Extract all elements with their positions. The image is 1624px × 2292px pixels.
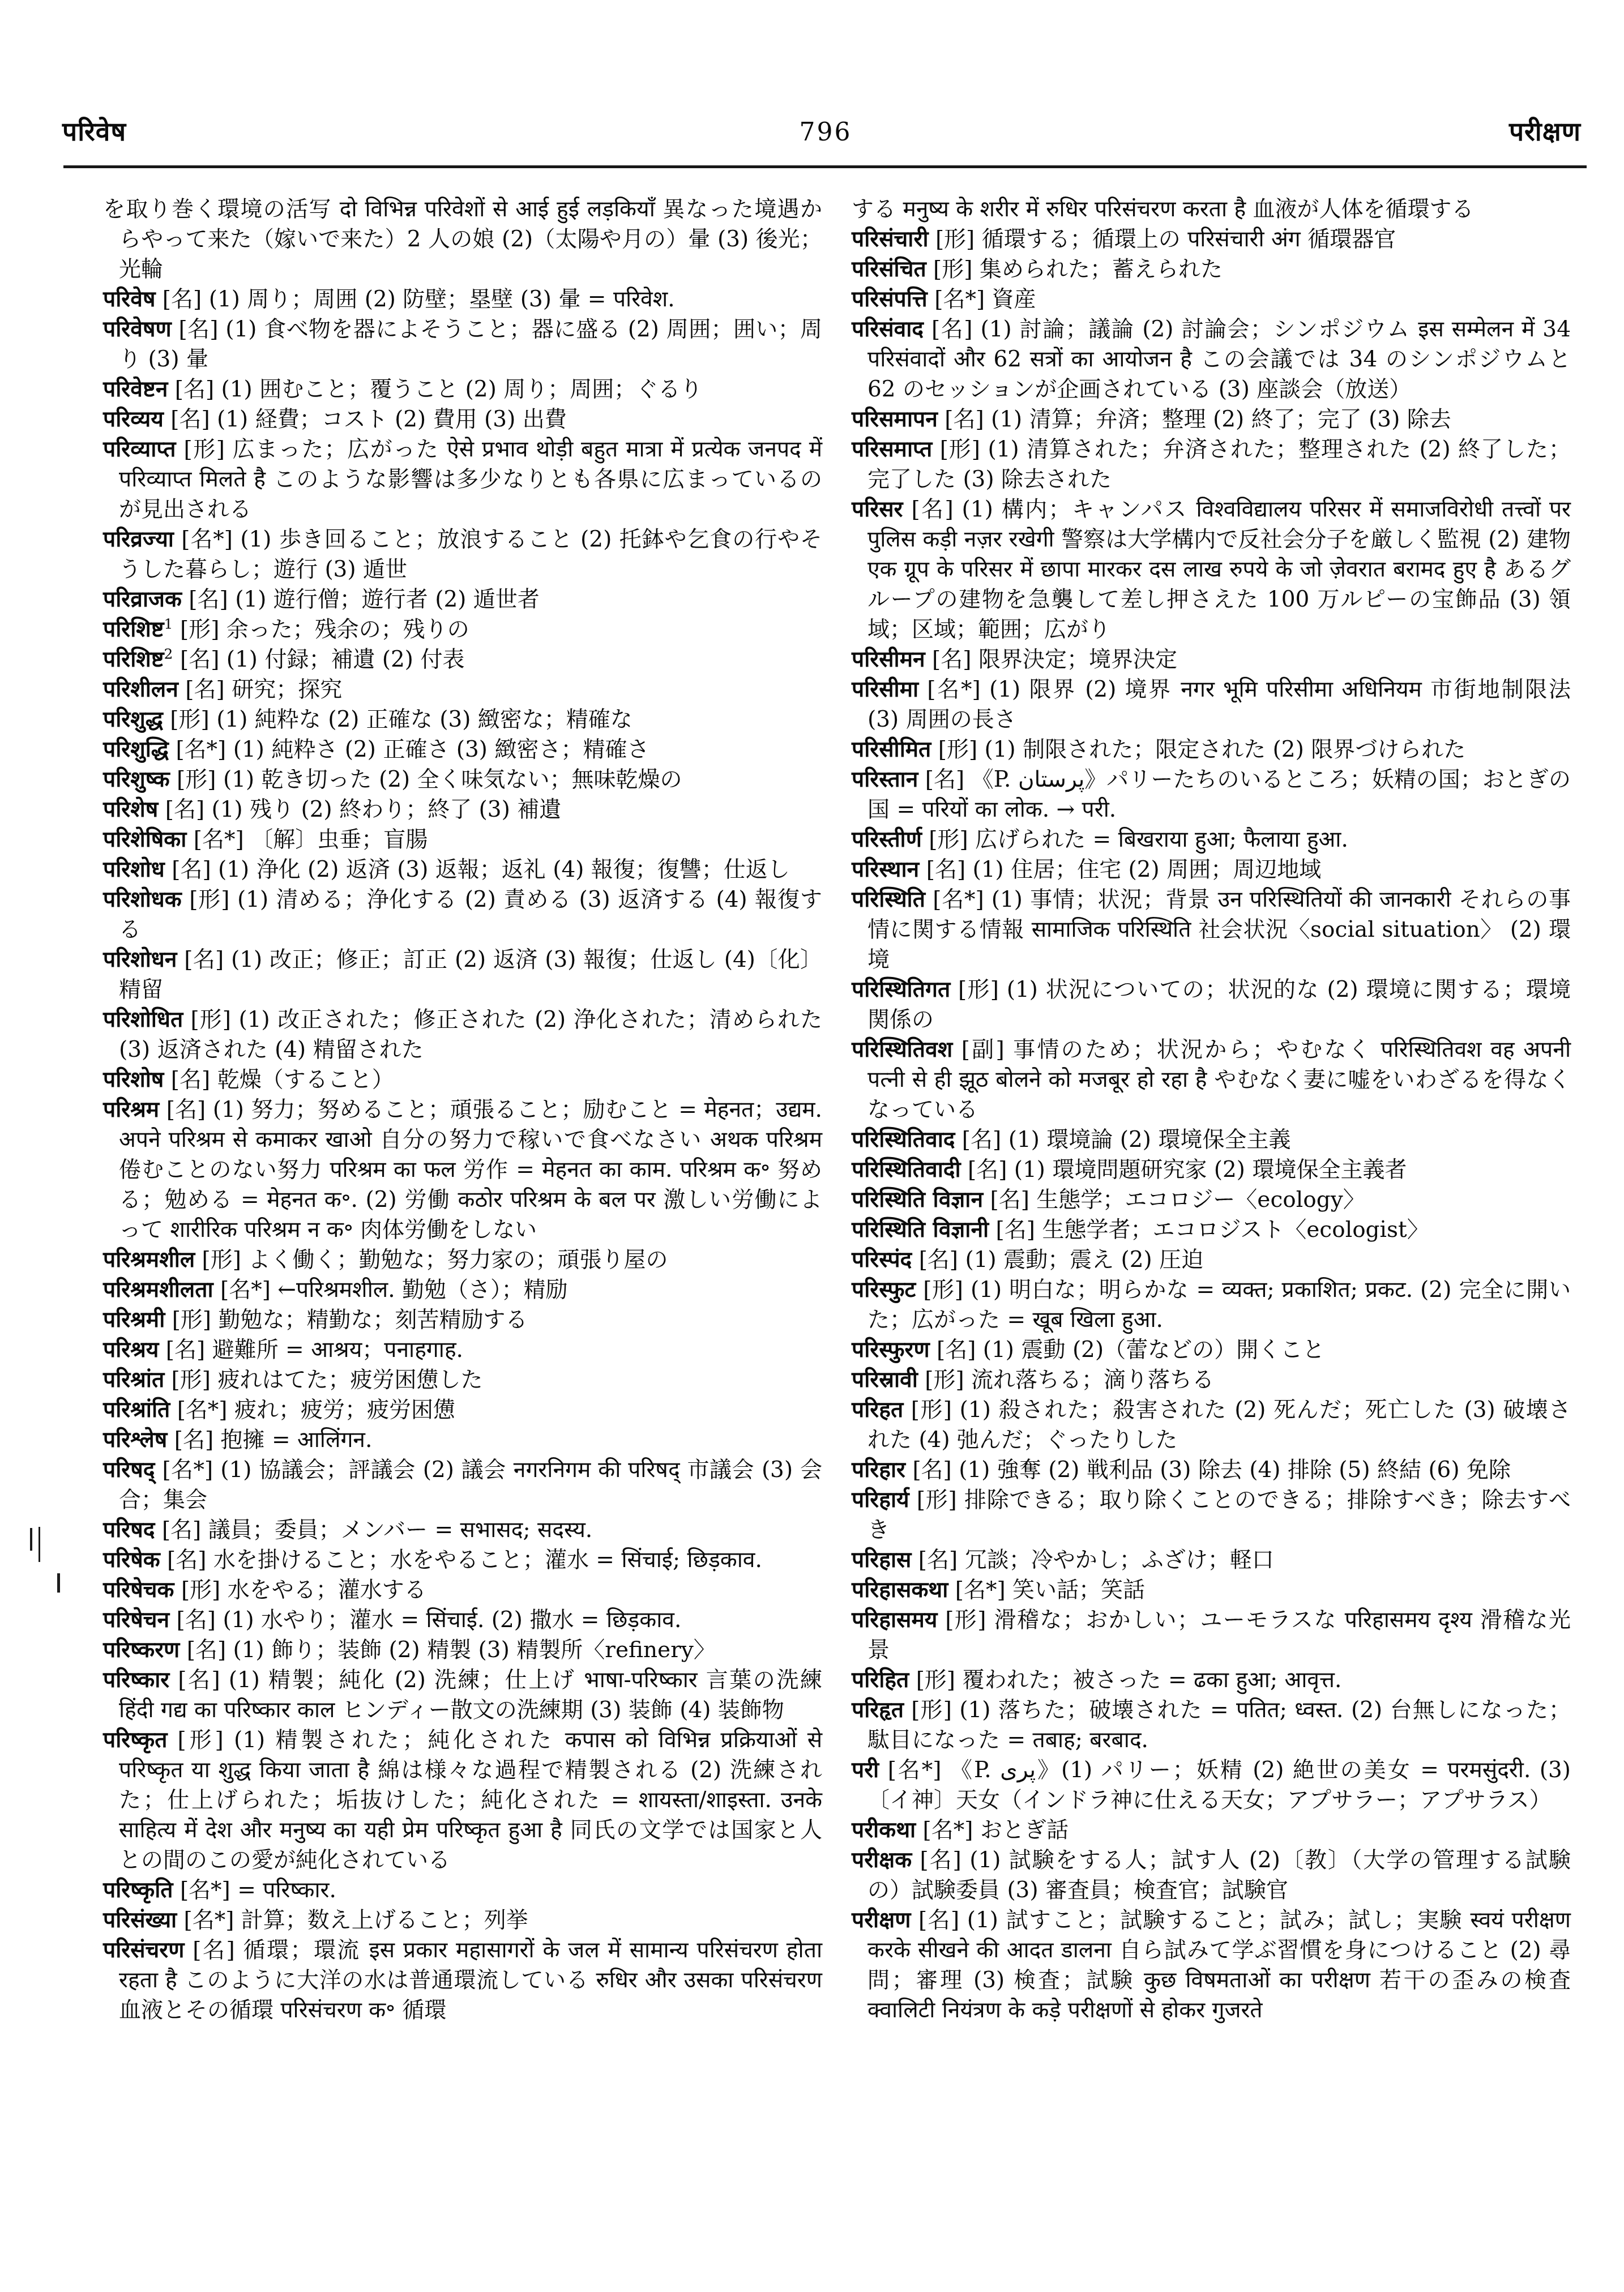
- headword: परिस्तीर्ण: [852, 826, 922, 852]
- dictionary-entry: परिहार [名] (1) 強奪 (2) 戦利品 (3) 除去 (4) 排除 …: [852, 1455, 1571, 1485]
- dictionary-entry: परिशीलन [名] 研究；探究: [103, 675, 822, 705]
- entry-definition: を取り巻く環境の活写 दो विभिन्न परिवेशों से आई हुई…: [103, 197, 822, 282]
- entry-definition: (1) 環境論 (2) 環境保全主義: [1008, 1127, 1291, 1153]
- dictionary-entry: परीक्षक [名] (1) 試験をする人；試す人 (2)〔教〕（大学の管理す…: [852, 1845, 1571, 1905]
- part-of-speech-label: [名]: [165, 797, 204, 822]
- part-of-speech-label: [名*]: [176, 737, 226, 762]
- part-of-speech-label: [名*]: [181, 527, 233, 552]
- dictionary-entry: परिस्तीर्ण [形] 広げられた = बिखराया हुआ; फैला…: [852, 825, 1571, 855]
- entry-definition: (1) 純粋さ (2) 正確さ (3) 緻密さ；精確さ: [233, 737, 649, 762]
- part-of-speech-label: [形]: [929, 827, 968, 852]
- headword: परिव्राजक: [103, 586, 182, 612]
- entry-definition: 計算；数え上げること；列挙: [241, 1907, 528, 1933]
- headword: परिवेष्टन: [103, 376, 168, 402]
- entry-definition: (1) 住居；住宅 (2) 周囲；周辺地域: [973, 857, 1322, 882]
- part-of-speech-label: [名*]: [162, 1457, 213, 1483]
- page-number: 796: [799, 118, 852, 147]
- dictionary-entry: परिस्थिति विज्ञानी [名] 生態学者；エコロジスト〈ecolo…: [852, 1215, 1571, 1245]
- dictionary-entry: परिसंचरण [名] 循環；環流 इस प्रकार महासागरों क…: [103, 1935, 822, 2025]
- dictionary-entry: परिशोधक [形] (1) 清める；浄化する (2) 責める (3) 返済す…: [103, 885, 822, 945]
- entry-definition: (1) 震動；震え (2) 圧迫: [965, 1247, 1204, 1273]
- part-of-speech-label: [名]: [178, 1667, 220, 1693]
- dictionary-entry: परिशोध [名] (1) 浄化 (2) 返済 (3) 返報；返礼 (4) 報…: [103, 855, 822, 885]
- dictionary-entry: परी [名*] 《P. پری》(1) パリー；妖精 (2) 絶世の美女 = …: [852, 1755, 1571, 1815]
- part-of-speech-label: [名]: [932, 647, 971, 672]
- dictionary-entry: परिश्रमी [形] 勤勉な；精勤な；刻苦精励する: [103, 1305, 822, 1335]
- entry-definition: 疲れはてた；疲労困憊した: [217, 1367, 482, 1393]
- entry-definition: (1) 協議会；評議会 (2) 議会 नगरनिगम की परिषद् 市議会…: [119, 1457, 822, 1513]
- part-of-speech-label: [形]: [923, 1277, 963, 1303]
- part-of-speech-label: [形]: [911, 1397, 952, 1423]
- dictionary-entry: परीक्षण [名] (1) 試すこと；試験すること；試み；試し；実験 स्व…: [852, 1905, 1571, 2025]
- part-of-speech-label: [名]: [178, 317, 218, 342]
- dictionary-entry: परिहृत [形] (1) 落ちた；破壊された = पतित; ध्वस्त.…: [852, 1695, 1571, 1755]
- entry-definition: 余った；残余の；残りの: [226, 617, 469, 642]
- dictionary-entry: を取り巻く環境の活写 दो विभिन्न परिवेशों से आई हुई…: [103, 194, 822, 284]
- headword: परिशिष्ट: [103, 616, 164, 642]
- headword: परीक्षक: [852, 1847, 912, 1873]
- part-of-speech-label: [名]: [180, 647, 219, 672]
- guide-word-left: परिवेष: [62, 113, 126, 148]
- dictionary-entry: परिष्करण [名] (1) 飾り；装飾 (2) 精製 (3) 精製所〈re…: [103, 1635, 822, 1665]
- scan-artifact: [30, 1528, 32, 1551]
- headword: परिसंपत्ति: [852, 286, 928, 312]
- entry-definition: 研究；探究: [232, 677, 342, 702]
- entry-definition: 勤勉な；精勤な；刻苦精励する: [219, 1307, 528, 1333]
- entry-definition: (1) 明白な；明らかな = व्यक्त; प्रकाशित; प्रकट. …: [867, 1277, 1571, 1333]
- headword: परिष्कृति: [103, 1877, 173, 1903]
- headword: परिहृत: [852, 1697, 904, 1723]
- part-of-speech-label: [名*]: [177, 1397, 228, 1423]
- headword: परिसंवाद: [852, 316, 924, 342]
- entry-definition: する मनुष्य के शरीर में रुधिर परिसंचरण करत…: [852, 197, 1474, 222]
- dictionary-entry: परिष्कार [名] (1) 精製；純化 (2) 洗練；仕上げ भाषा-प…: [103, 1665, 822, 1725]
- headword: परिष्करण: [103, 1637, 180, 1663]
- headword: परिसंचित: [852, 256, 926, 282]
- headword: परिशीलन: [103, 676, 178, 702]
- part-of-speech-label: [形]: [933, 257, 972, 282]
- dictionary-entry: परिश्रमशील [形] よく働く；勤勉な；努力家の；頑張り屋の: [103, 1245, 822, 1275]
- dictionary-entry: परिषद [名] 議員；委員；メンバー = सभासद; सदस्य.: [103, 1515, 822, 1545]
- entry-definition: 資産: [992, 287, 1036, 312]
- dictionary-entry: परिश्रांति [名*] 疲れ；疲労；疲労困憊: [103, 1395, 822, 1425]
- headword: परिषेचन: [103, 1607, 169, 1633]
- part-of-speech-label: [名]: [920, 1847, 961, 1873]
- headword: परिसीमा: [852, 676, 918, 702]
- dictionary-entry: परिशिष्ट2 [名] (1) 付録；補遺 (2) 付表: [103, 645, 822, 675]
- dictionary-entry: परिश्रम [名] (1) 努力；努めること；頑張ること；励むこと = मे…: [103, 1095, 822, 1245]
- entry-definition: 水を掛けること；水をやること；灌水 = सिंचाई; छिड़काव.: [213, 1547, 762, 1573]
- dictionary-entry: परिहत [形] (1) 殺された；殺害された (2) 死んだ；死亡した (3…: [852, 1395, 1571, 1455]
- dictionary-entry: परिहित [形] 覆われた；被さった = ढका हुआ; आवृत्त.: [852, 1665, 1571, 1695]
- entry-definition: 覆われた；被さった = ढका हुआ; आवृत्त.: [963, 1667, 1342, 1693]
- dictionary-entry: परिव्यय [名] (1) 経費；コスト (2) 費用 (3) 出費: [103, 404, 822, 434]
- part-of-speech-label: [形]: [177, 767, 216, 792]
- headword: परिवेष: [103, 286, 155, 312]
- headword: परिव्रज्या: [103, 526, 174, 552]
- part-of-speech-label: [形]: [172, 1307, 211, 1333]
- headword: परिसंचारी: [852, 226, 929, 252]
- part-of-speech-label: [名]: [162, 1517, 201, 1543]
- dictionary-entry: परिवेष्टन [名] (1) 囲むこと；覆うこと (2) 周り；周囲；ぐる…: [103, 374, 822, 404]
- dictionary-entry: परिव्राजक [名] (1) 遊行僧；遊行者 (2) 遁世者: [103, 584, 822, 614]
- dictionary-entry: परिव्याप्त [形] 広まった；広がった ऐसे प्रभाव थोड़…: [103, 434, 822, 524]
- part-of-speech-label: [名]: [919, 1247, 958, 1273]
- headword: परिशुद्धि: [103, 736, 169, 762]
- part-of-speech-label: [名]: [170, 407, 210, 432]
- dictionary-entry: परिसंचित [形] 集められた；蓄えられた: [852, 254, 1571, 284]
- part-of-speech-label: [名]: [962, 1127, 1001, 1153]
- entry-definition: (1) 経費；コスト (2) 費用 (3) 出費: [217, 407, 567, 432]
- part-of-speech-label: [名]: [167, 1547, 206, 1573]
- entry-definition: 乾燥（すること）: [217, 1067, 394, 1092]
- dictionary-entry: परिसंख्या [名*] 計算；数え上げること；列挙: [103, 1905, 822, 1935]
- headword: परिसंचरण: [103, 1937, 184, 1963]
- part-of-speech-label: [形]: [191, 1007, 232, 1032]
- part-of-speech-label: [名*]: [934, 287, 985, 312]
- headword: परिश्रमशील: [103, 1247, 195, 1273]
- entry-definition: 議員；委員；メンバー = सभासद; सदस्य.: [208, 1517, 593, 1543]
- headword-superscript: 1: [164, 616, 173, 632]
- headword: परिहत: [852, 1397, 903, 1423]
- dictionary-entry: परिस्पंद [名] (1) 震動；震え (2) 圧迫: [852, 1245, 1571, 1275]
- dictionary-entry: परिहासकथा [名*] 笑い話；笑話: [852, 1575, 1571, 1605]
- part-of-speech-label: [名]: [937, 1337, 976, 1363]
- entry-definition: (1) 付録；補遺 (2) 付表: [226, 647, 465, 672]
- headword: परिषेचक: [103, 1577, 174, 1603]
- entry-definition: (1) 浄化 (2) 返済 (3) 返報；返礼 (4) 報復；復讐；仕返し: [218, 857, 790, 882]
- part-of-speech-label: [名*]: [933, 887, 984, 912]
- dictionary-page: परिवेष 796 परीक्षण を取り巻く環境の活写 दो विभिन्न…: [0, 0, 1624, 2292]
- entry-definition: 冗談；冷やかし；ふざけ；軽口: [965, 1547, 1274, 1573]
- right-column: する मनुष्य के शरीर में रुधिर परिसंचरण करत…: [852, 194, 1571, 2025]
- dictionary-entry: परिस्फुरण [名] (1) 震動 (2)（蕾などの）開くこと: [852, 1335, 1571, 1365]
- dictionary-entry: परिव्रज्या [名*] (1) 歩き回ること；放浪すること (2) 托鉢…: [103, 524, 822, 584]
- dictionary-entry: परिवेष [名] (1) 周り；周囲 (2) 防壁；塁壁 (3) 暈 = प…: [103, 284, 822, 314]
- entry-definition: (1) 震動 (2)（蕾などの）開くこと: [983, 1337, 1324, 1363]
- part-of-speech-label: [名*]: [955, 1577, 1006, 1603]
- entry-definition: 避難所 = आश्रय；पनाहगाह.: [212, 1337, 463, 1363]
- part-of-speech-label: [形]: [911, 1697, 952, 1723]
- part-of-speech-label: [形]: [202, 1247, 241, 1273]
- part-of-speech-label: [名]: [189, 587, 228, 612]
- headword: परिहास: [852, 1547, 911, 1573]
- part-of-speech-label: [名*]: [927, 677, 981, 702]
- headword: परिशोधित: [103, 1006, 183, 1032]
- part-of-speech-label: [名]: [166, 1097, 206, 1122]
- part-of-speech-label: [名]: [918, 1547, 958, 1573]
- entry-definition: (1) 努力；努めること；頑張ること；励むこと = मेहनत；उद्यम. अ…: [119, 1097, 822, 1243]
- entry-definition: (1) 精製；純化 (2) 洗練；仕上げ भाषा-परिष्कार 言葉の洗練…: [119, 1667, 822, 1723]
- left-column: を取り巻く環境の活写 दो विभिन्न परिवेशों से आई हुई…: [103, 194, 822, 2025]
- dictionary-entry: परिशोष [名] 乾燥（すること）: [103, 1065, 822, 1095]
- dictionary-entry: परिषेचक [形] 水をやる；灌水する: [103, 1575, 822, 1605]
- entry-definition: おとぎ話: [980, 1817, 1069, 1843]
- dictionary-body: を取り巻く環境の活写 दो विभिन्न परिवेशों से आई हुई…: [0, 168, 1624, 2025]
- dictionary-entry: परिष्कृत [形] (1) 精製された；純化された कपास को विभ…: [103, 1725, 822, 1875]
- dictionary-entry: परिस्थिति विज्ञान [名] 生態学；エコロジー〈ecology〉: [852, 1185, 1571, 1215]
- dictionary-entry: परिहासमय [形] 滑稽な；おかしい；ユーモラスな परिहासमय दृ…: [852, 1605, 1571, 1665]
- headword: परिहार: [852, 1457, 905, 1483]
- guide-word-right: परीक्षण: [1509, 113, 1581, 148]
- dictionary-entry: परिसीमित [形] (1) 制限された；限定された (2) 限界づけられた: [852, 735, 1571, 765]
- dictionary-entry: परिस्थितिगत [形] (1) 状況についての；状況的な (2) 環境に…: [852, 975, 1571, 1035]
- part-of-speech-label: [名]: [172, 857, 211, 882]
- part-of-speech-label: [名]: [918, 1907, 959, 1933]
- headword: परिस्तान: [852, 766, 918, 792]
- entry-definition: (1) 遊行僧；遊行者 (2) 遁世者: [235, 587, 540, 612]
- part-of-speech-label: [名]: [926, 857, 965, 882]
- dictionary-entry: परिसर [名] (1) 構内；キャンパス विश्वविद्यालय परि…: [852, 494, 1571, 645]
- headword: परिशोध: [103, 856, 165, 882]
- headword: परिसीमन: [852, 646, 925, 672]
- dictionary-entry: परिसमापन [名] (1) 清算；弁済；整理 (2) 終了；完了 (3) …: [852, 404, 1571, 434]
- part-of-speech-label: [名]: [187, 1637, 226, 1663]
- dictionary-entry: परिस्तान [名] 《P. پرستان》パリーたちのいるところ；妖精の国…: [852, 765, 1571, 825]
- dictionary-entry: परिशिष्ट1 [形] 余った；残余の；残りの: [103, 614, 822, 645]
- entry-definition: (1) 周り；周囲 (2) 防壁；塁壁 (3) 暈 = परिवेश.: [209, 287, 675, 312]
- headword: परिसमापन: [852, 406, 938, 432]
- dictionary-entry: परिश्रांत [形] 疲れはてた；疲労困憊した: [103, 1365, 822, 1395]
- headword: परिसमाप्त: [852, 436, 932, 462]
- dictionary-entry: परिस्रावी [形] 流れ落ちる；滴り落ちる: [852, 1365, 1571, 1395]
- entry-definition: (1) 精製された；純化された कपास को विभिन्न प्रक्रिय…: [119, 1727, 822, 1873]
- entry-definition: よく働く；勤勉な；努力家の；頑張り屋の: [248, 1247, 668, 1273]
- part-of-speech-label: [名*]: [194, 827, 244, 852]
- headword: परिषद: [103, 1517, 155, 1543]
- headword: परिशुद्ध: [103, 706, 163, 732]
- part-of-speech-label: [形]: [180, 617, 219, 642]
- headword: परिस्फुरण: [852, 1337, 930, 1363]
- part-of-speech-label: [形]: [916, 1667, 955, 1693]
- headword: परिहासमय: [852, 1607, 937, 1633]
- part-of-speech-label: [名]: [174, 1427, 213, 1453]
- entry-definition: (1) 乾き切った (2) 全く味気ない；無味乾燥の: [223, 767, 682, 792]
- headword: परिवेषण: [103, 316, 172, 342]
- dictionary-entry: परिसंवाद [名] (1) 討論；議論 (2) 討論会；シンポジウム इस…: [852, 314, 1571, 404]
- part-of-speech-label: [形]: [938, 737, 977, 762]
- part-of-speech-label: [名*]: [180, 1877, 230, 1903]
- entry-definition: 抱擁 = आलिंगन.: [221, 1427, 373, 1453]
- entry-definition: (1) 水やり；灌水 = सिंचाई. (2) 撒水 = छिड़काव.: [223, 1607, 681, 1633]
- part-of-speech-label: [名*]: [184, 1907, 234, 1933]
- dictionary-entry: परिशोधन [名] (1) 改正；修正；訂正 (2) 返済 (3) 報復；仕…: [103, 945, 822, 1005]
- part-of-speech-label: [形]: [178, 1727, 224, 1753]
- dictionary-entry: परिश्रमशीलता [名*] ←परिश्रमशील. 勤勉（さ）；精励: [103, 1275, 822, 1305]
- headword: परिशुष्क: [103, 766, 170, 792]
- dictionary-entry: परिश्लेष [名] 抱擁 = आलिंगन.: [103, 1425, 822, 1455]
- headword: परिस्फुट: [852, 1277, 916, 1303]
- headword: परिश्रांति: [103, 1397, 170, 1423]
- part-of-speech-label: [名]: [925, 767, 965, 792]
- part-of-speech-label: [名]: [193, 1937, 234, 1963]
- part-of-speech-label: [副]: [961, 1037, 1005, 1062]
- headword: परिव्याप्त: [103, 436, 176, 462]
- entry-definition: (1) 構内；キャンパス विश्वविद्यालय परिसर में समा…: [867, 497, 1571, 642]
- entry-definition: (1) 改正；修正；訂正 (2) 返済 (3) 報復；仕返し (4)〔化〕精留: [119, 947, 822, 1002]
- dictionary-entry: परिवेषण [名] (1) 食べ物を器によそうこと；器に盛る (2) 周囲；…: [103, 314, 822, 374]
- headword: परिहार्य: [852, 1487, 909, 1513]
- entry-definition: 広げられた = बिखराया हुआ; फैलाया हुआ.: [975, 827, 1348, 852]
- part-of-speech-label: [名]: [163, 287, 202, 312]
- entry-definition: (1) 討論；議論 (2) 討論会；シンポジウム इस सम्मेलन में …: [867, 317, 1571, 402]
- headword: परिष्कार: [103, 1667, 169, 1693]
- part-of-speech-label: [形]: [940, 437, 980, 462]
- dictionary-entry: परिसीमन [名] 限界決定；境界決定: [852, 645, 1571, 675]
- dictionary-entry: परिस्फुट [形] (1) 明白な；明らかな = व्यक्त; प्रक…: [852, 1275, 1571, 1335]
- dictionary-entry: परिशुद्धि [名*] (1) 純粋さ (2) 正確さ (3) 緻密さ；精…: [103, 735, 822, 765]
- headword: परिशोष: [103, 1066, 164, 1092]
- entry-definition: 流れ落ちる；滴り落ちる: [971, 1367, 1214, 1393]
- dictionary-entry: परिशुष्क [形] (1) 乾き切った (2) 全く味気ない；無味乾燥の: [103, 765, 822, 795]
- dictionary-entry: परिषद् [名*] (1) 協議会；評議会 (2) 議会 नगरनिगम क…: [103, 1455, 822, 1515]
- dictionary-entry: परिस्थिति [名*] (1) 事情；状況；背景 उन परिस्थिति…: [852, 885, 1571, 975]
- headword: परिहित: [852, 1667, 909, 1693]
- part-of-speech-label: [名]: [990, 1187, 1029, 1213]
- headword: परिस्थिति विज्ञान: [852, 1186, 983, 1213]
- entry-definition: ←परिश्रमशील. 勤勉（さ）；精励: [277, 1277, 567, 1303]
- entry-definition: 排除できる；取り除くことのできる；排除すべき；除去すべき: [867, 1487, 1571, 1543]
- dictionary-entry: परिहार्य [形] 排除できる；取り除くことのできる；排除すべき；除去すべ…: [852, 1485, 1571, 1545]
- part-of-speech-label: [名*]: [220, 1277, 271, 1303]
- part-of-speech-label: [名]: [171, 1067, 210, 1092]
- part-of-speech-label: [形]: [181, 1577, 220, 1603]
- entry-definition: 生態学；エコロジー〈ecology〉: [1036, 1187, 1365, 1213]
- headword: परी: [852, 1757, 879, 1783]
- entry-definition: 限界決定；境界決定: [978, 647, 1177, 672]
- entry-definition: 循環する；循環上の परिसंचारी अंग 循環器官: [982, 227, 1396, 252]
- entry-definition: (1) 食べ物を器によそうこと；器に盛る (2) 周囲；囲い；周り (3) 暈: [119, 317, 822, 372]
- headword: परिश्रमी: [103, 1307, 165, 1333]
- part-of-speech-label: [名]: [185, 677, 224, 702]
- part-of-speech-label: [形]: [183, 437, 224, 462]
- entry-definition: 〔解〕虫垂；盲腸: [251, 827, 428, 852]
- part-of-speech-label: [形]: [945, 1607, 986, 1633]
- entry-definition: 《P. پری》(1) パリー；妖精 (2) 絶世の美女 = परमसुंदरी…: [867, 1757, 1571, 1813]
- entry-definition: (1) 制限された；限定された (2) 限界づけられた: [985, 737, 1466, 762]
- headword: परीकथा: [852, 1817, 916, 1843]
- dictionary-entry: परिशेष [名] (1) 残り (2) 終わり；終了 (3) 補遺: [103, 795, 822, 825]
- dictionary-entry: परिस्थान [名] (1) 住居；住宅 (2) 周囲；周辺地域: [852, 855, 1571, 885]
- page-header: परिवेष 796 परीक्षण: [0, 0, 1624, 148]
- entry-definition: 笑い話；笑話: [1012, 1577, 1145, 1603]
- headword: परिस्रावी: [852, 1367, 918, 1393]
- dictionary-entry: परिषेक [名] 水を掛けること；水をやること；灌水 = सिंचाई; छ…: [103, 1545, 822, 1575]
- headword-superscript: 2: [164, 646, 173, 662]
- entry-definition: (1) 落ちた；破壊された = पतित; ध्वस्त. (2) 台無しになっ…: [867, 1697, 1571, 1753]
- headword: परिहासकथा: [852, 1577, 948, 1603]
- headword: परिश्रांत: [103, 1367, 164, 1393]
- headword: परिसंख्या: [103, 1907, 177, 1933]
- part-of-speech-label: [名*]: [888, 1757, 942, 1783]
- dictionary-entry: परिस्थितिवाद [名] (1) 環境論 (2) 環境保全主義: [852, 1125, 1571, 1155]
- dictionary-entry: परीकथा [名*] おとぎ話: [852, 1815, 1571, 1845]
- part-of-speech-label: [名]: [177, 1607, 216, 1633]
- part-of-speech-label: [名]: [945, 407, 984, 432]
- entry-definition: 水をやる；灌水する: [228, 1577, 426, 1603]
- part-of-speech-label: [名]: [175, 377, 214, 402]
- headword: परिस्थितिवश: [852, 1036, 952, 1062]
- headword: परिव्यय: [103, 406, 164, 432]
- headword: परिस्थितिवाद: [852, 1126, 955, 1153]
- headword: परिष्कृत: [103, 1727, 167, 1753]
- entry-definition: (1) 試験をする人；試す人 (2)〔教〕（大学の管理する試験の）試験委員 (3…: [867, 1847, 1571, 1903]
- headword: परिशेषिका: [103, 826, 186, 852]
- part-of-speech-label: [形]: [925, 1367, 964, 1393]
- headword: परिश्लेष: [103, 1427, 167, 1453]
- part-of-speech-label: [形]: [189, 887, 229, 912]
- entry-definition: (1) 飾り；装飾 (2) 精製 (3) 精製所〈refinery〉: [233, 1637, 716, 1663]
- scan-artifact: [57, 1573, 60, 1593]
- headword: परिस्थान: [852, 856, 919, 882]
- entry-definition: 疲れ；疲労；疲労困憊: [234, 1397, 455, 1423]
- headword: परिश्रय: [103, 1337, 159, 1363]
- dictionary-entry: परिस्थितिवश [副] 事情のため；状況から；やむなく परिस्थित…: [852, 1035, 1571, 1125]
- headword: परीक्षण: [852, 1907, 911, 1933]
- part-of-speech-label: [名]: [911, 497, 953, 522]
- dictionary-entry: परिसंचारी [形] 循環する；循環上の परिसंचारी अंग 循環…: [852, 224, 1571, 254]
- dictionary-entry: परिषेचन [名] (1) 水やり；灌水 = सिंचाई. (2) 撒水 …: [103, 1605, 822, 1635]
- part-of-speech-label: [名*]: [923, 1817, 973, 1843]
- headword: परिशेष: [103, 796, 158, 822]
- headword: परिसीमित: [852, 736, 931, 762]
- entry-definition: (1) 強奪 (2) 戦利品 (3) 除去 (4) 排除 (5) 終結 (6) …: [959, 1457, 1511, 1483]
- part-of-speech-label: [形]: [170, 707, 209, 732]
- part-of-speech-label: [形]: [935, 227, 975, 252]
- part-of-speech-label: [形]: [917, 1487, 957, 1513]
- entry-definition: 生態学者；エコロジスト〈ecologist〉: [1042, 1217, 1429, 1243]
- entry-definition: 広まった；広がった ऐसे प्रभाव थोड़ी बहुत मात्रा म…: [119, 437, 822, 522]
- entry-definition: (1) 純粋な (2) 正確な (3) 緻密な；精確な: [216, 707, 632, 732]
- headword: परिशोधक: [103, 886, 182, 912]
- entry-definition: 集められた；蓄えられた: [980, 257, 1223, 282]
- part-of-speech-label: [形]: [172, 1367, 211, 1393]
- entry-definition: (1) 試すこと；試験すること；試み；試し；実験 स्वयं परीक्षण क…: [867, 1907, 1571, 2023]
- entry-definition: = परिष्कार.: [237, 1877, 336, 1903]
- headword: परिशोधन: [103, 946, 177, 972]
- part-of-speech-label: [名]: [996, 1217, 1035, 1243]
- part-of-speech-label: [名]: [968, 1157, 1007, 1183]
- dictionary-entry: परिश्रय [名] 避難所 = आश्रय；पनाहगाह.: [103, 1335, 822, 1365]
- headword: परिशिष्ट: [103, 646, 164, 672]
- part-of-speech-label: [名]: [166, 1337, 205, 1363]
- entry-definition: (1) 残り (2) 終わり；終了 (3) 補遺: [212, 797, 562, 822]
- entry-definition: (1) 囲むこと；覆うこと (2) 周り；周囲；ぐるり: [221, 377, 703, 402]
- scan-artifact: [39, 1527, 40, 1562]
- headword: परिस्पंद: [852, 1247, 912, 1273]
- dictionary-entry: परिष्कृति [名*] = परिष्कार.: [103, 1875, 822, 1905]
- dictionary-entry: परिसमाप्त [形] (1) 清算された；弁済された；整理された (2) …: [852, 434, 1571, 494]
- headword: परिषद्: [103, 1457, 155, 1483]
- headword: परिस्थिति विज्ञानी: [852, 1217, 989, 1243]
- headword: परिस्थितिगत: [852, 976, 950, 1002]
- headword: परिषेक: [103, 1547, 160, 1573]
- dictionary-entry: परिसंपत्ति [名*] 資産: [852, 284, 1571, 314]
- headword: परिसर: [852, 496, 903, 522]
- entry-definition: (1) 環境問題研究家 (2) 環境保全主義者: [1014, 1157, 1407, 1183]
- part-of-speech-label: [名]: [931, 317, 973, 342]
- dictionary-entry: する मनुष्य के शरीर में रुधिर परिसंचरण करत…: [852, 194, 1571, 224]
- headword: परिस्थितिवादी: [852, 1156, 961, 1183]
- dictionary-entry: परिस्थितिवादी [名] (1) 環境問題研究家 (2) 環境保全主義…: [852, 1155, 1571, 1185]
- dictionary-entry: परिशुद्ध [形] (1) 純粋な (2) 正確な (3) 緻密な；精確な: [103, 705, 822, 735]
- entry-definition: (1) 殺された；殺害された (2) 死んだ；死亡した (3) 破壊された (4…: [867, 1397, 1571, 1453]
- part-of-speech-label: [名]: [912, 1457, 951, 1483]
- dictionary-entry: परिशोधित [形] (1) 改正された；修正された (2) 浄化された；清…: [103, 1005, 822, 1065]
- dictionary-entry: परिहास [名] 冗談；冷やかし；ふざけ；軽口: [852, 1545, 1571, 1575]
- entry-definition: 《P. پرستان》パリーたちのいるところ；妖精の国；おとぎの国 = परिय…: [867, 767, 1571, 822]
- part-of-speech-label: [名]: [184, 947, 224, 972]
